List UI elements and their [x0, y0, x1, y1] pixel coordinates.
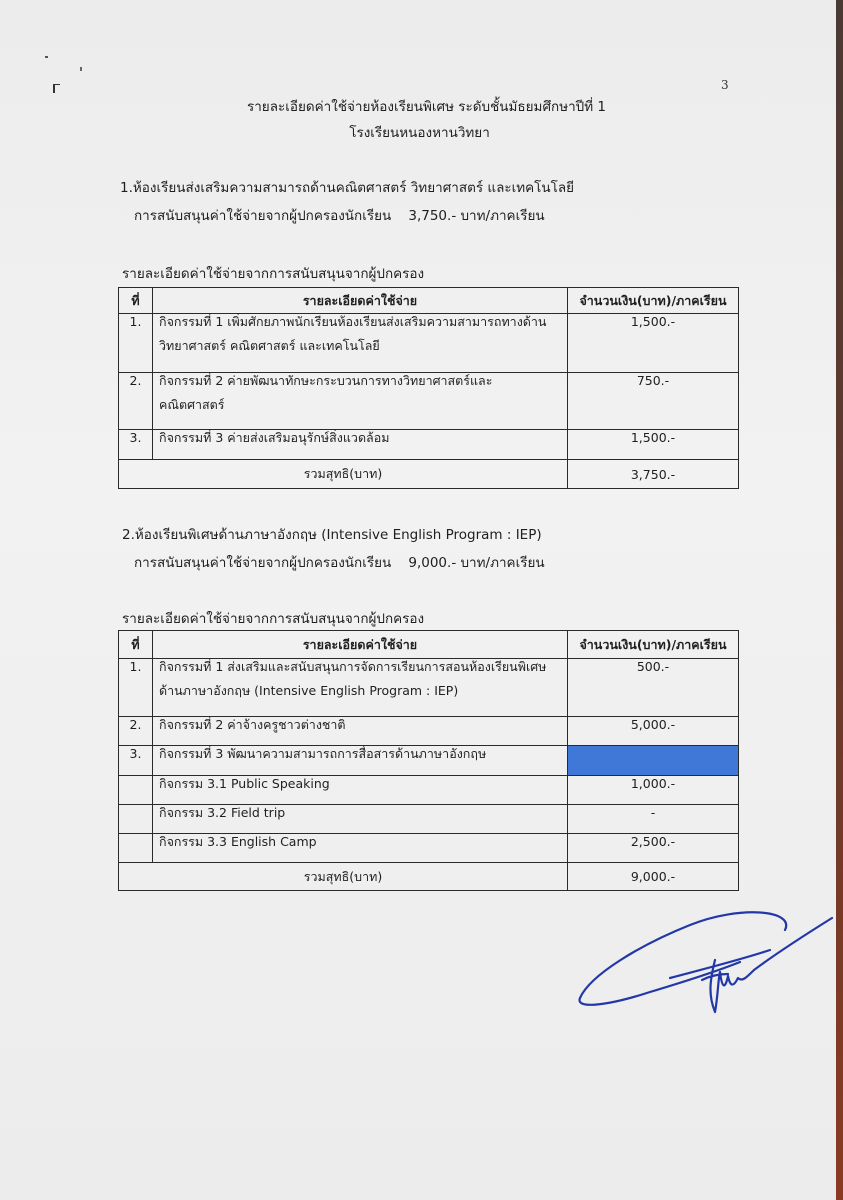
- table-row: 3. กิจกรรมที่ 3 ค่ายส่งเสริมอนุรักษ์สิ่ง…: [119, 430, 739, 460]
- total-amount: 9,000.-: [568, 863, 739, 891]
- row-no: 2.: [119, 373, 153, 430]
- row-amount: 5,000.-: [568, 717, 739, 746]
- row-no: 2.: [119, 717, 153, 746]
- table-row: กิจกรรม 3.3 English Camp 2,500.-: [119, 834, 739, 863]
- row-amount: 750.-: [568, 373, 739, 430]
- total-amount: 3,750.-: [568, 460, 739, 489]
- col-header-no: ที่: [119, 288, 153, 314]
- section-1-support-line: การสนับสนุนค่าใช้จ่ายจากผู้ปกครองนักเรีย…: [134, 204, 545, 226]
- section-1-budget-table: ที่ รายละเอียดค่าใช้จ่าย จำนวนเงิน(บาท)/…: [118, 287, 739, 489]
- row-detail: กิจกรรมที่ 1 เพิ่มศักยภาพนักเรียนห้องเรี…: [153, 314, 568, 373]
- section-1-table-caption: รายละเอียดค่าใช้จ่ายจากการสนับสนุนจากผู้…: [122, 262, 424, 284]
- table-total-row: รวมสุทธิ(บาท) 3,750.-: [119, 460, 739, 489]
- ink-mark: [53, 84, 60, 93]
- table-header-row: ที่ รายละเอียดค่าใช้จ่าย จำนวนเงิน(บาท)/…: [119, 631, 739, 659]
- highlighted-amount-cell: [568, 746, 739, 776]
- row-no: [119, 834, 153, 863]
- row-no: 3.: [119, 430, 153, 460]
- row-amount: -: [568, 805, 739, 834]
- ink-speck: [45, 56, 48, 58]
- row-no: 3.: [119, 746, 153, 776]
- section-2-support-line: การสนับสนุนค่าใช้จ่ายจากผู้ปกครองนักเรีย…: [134, 551, 545, 573]
- total-label: รวมสุทธิ(บาท): [119, 460, 568, 489]
- document-title: รายละเอียดค่าใช้จ่ายห้องเรียนพิเศษ ระดับ…: [5, 95, 843, 117]
- row-amount: 1,000.-: [568, 776, 739, 805]
- school-name: โรงเรียนหนองหานวิทยา: [0, 121, 841, 143]
- row-detail: กิจกรรมที่ 2 ค่ายพัฒนาทักษะกระบวนการทางว…: [153, 373, 568, 430]
- row-no: [119, 805, 153, 834]
- table-row: กิจกรรม 3.1 Public Speaking 1,000.-: [119, 776, 739, 805]
- detail-line-2: ด้านภาษาอังกฤษ (Intensive English Progra…: [159, 675, 561, 699]
- row-detail: กิจกรรมที่ 3 ค่ายส่งเสริมอนุรักษ์สิ่งแวด…: [153, 430, 568, 460]
- row-amount: 500.-: [568, 659, 739, 717]
- detail-line-1: กิจกรรมที่ 2 ค่ายพัฒนาทักษะกระบวนการทางว…: [159, 373, 492, 388]
- row-no: 1.: [119, 659, 153, 717]
- row-amount: 1,500.-: [568, 314, 739, 373]
- section-2-budget-table: ที่ รายละเอียดค่าใช้จ่าย จำนวนเงิน(บาท)/…: [118, 630, 739, 891]
- row-no: [119, 776, 153, 805]
- table-total-row: รวมสุทธิ(บาท) 9,000.-: [119, 863, 739, 891]
- row-no: 1.: [119, 314, 153, 373]
- table-row: 2. กิจกรรมที่ 2 ค่ายพัฒนาทักษะกระบวนการท…: [119, 373, 739, 430]
- col-header-no: ที่: [119, 631, 153, 659]
- desk-background-edge: [836, 0, 843, 1200]
- col-header-amount: จำนวนเงิน(บาท)/ภาคเรียน: [568, 288, 739, 314]
- row-detail: กิจกรรมที่ 1 ส่งเสริมและสนับสนุนการจัดกา…: [153, 659, 568, 717]
- detail-line-2: วิทยาศาสตร์ คณิตศาสตร์ และเทคโนโลยี: [159, 330, 561, 354]
- detail-line-1: กิจกรรมที่ 1 เพิ่มศักยภาพนักเรียนห้องเรี…: [159, 314, 546, 329]
- section-1-heading: 1.ห้องเรียนส่งเสริมความสามารถด้านคณิตศาส…: [120, 176, 574, 198]
- document-page: 3 รายละเอียดค่าใช้จ่ายห้องเรียนพิเศษ ระด…: [0, 0, 836, 1200]
- row-amount: 1,500.-: [568, 430, 739, 460]
- page-number: 3: [721, 78, 729, 92]
- table-row: 1. กิจกรรมที่ 1 ส่งเสริมและสนับสนุนการจั…: [119, 659, 739, 717]
- table-header-row: ที่ รายละเอียดค่าใช้จ่าย จำนวนเงิน(บาท)/…: [119, 288, 739, 314]
- handwritten-signature: [570, 900, 840, 1030]
- detail-line-1: กิจกรรมที่ 1 ส่งเสริมและสนับสนุนการจัดกา…: [159, 659, 546, 674]
- table-row: 2. กิจกรรมที่ 2 ค่าจ้างครูชาวต่างชาติ 5,…: [119, 717, 739, 746]
- col-header-amount: จำนวนเงิน(บาท)/ภาคเรียน: [568, 631, 739, 659]
- section-2-table-caption: รายละเอียดค่าใช้จ่ายจากการสนับสนุนจากผู้…: [122, 607, 424, 629]
- col-header-detail: รายละเอียดค่าใช้จ่าย: [153, 288, 568, 314]
- detail-line-2: คณิตศาสตร์: [159, 389, 561, 413]
- col-header-detail: รายละเอียดค่าใช้จ่าย: [153, 631, 568, 659]
- section-2-heading: 2.ห้องเรียนพิเศษด้านภาษาอังกฤษ (Intensiv…: [122, 523, 542, 545]
- table-row: 3. กิจกรรมที่ 3 พัฒนาความสามารถการสื่อสา…: [119, 746, 739, 776]
- total-label: รวมสุทธิ(บาท): [119, 863, 568, 891]
- table-row: 1. กิจกรรมที่ 1 เพิ่มศักยภาพนักเรียนห้อง…: [119, 314, 739, 373]
- row-detail: กิจกรรมที่ 2 ค่าจ้างครูชาวต่างชาติ: [153, 717, 568, 746]
- row-amount: 2,500.-: [568, 834, 739, 863]
- table-row: กิจกรรม 3.2 Field trip -: [119, 805, 739, 834]
- row-detail: กิจกรรมที่ 3 พัฒนาความสามารถการสื่อสารด้…: [153, 746, 568, 776]
- row-detail: กิจกรรม 3.1 Public Speaking: [153, 776, 568, 805]
- row-detail: กิจกรรม 3.3 English Camp: [153, 834, 568, 863]
- row-detail: กิจกรรม 3.2 Field trip: [153, 805, 568, 834]
- ink-speck: [80, 67, 82, 71]
